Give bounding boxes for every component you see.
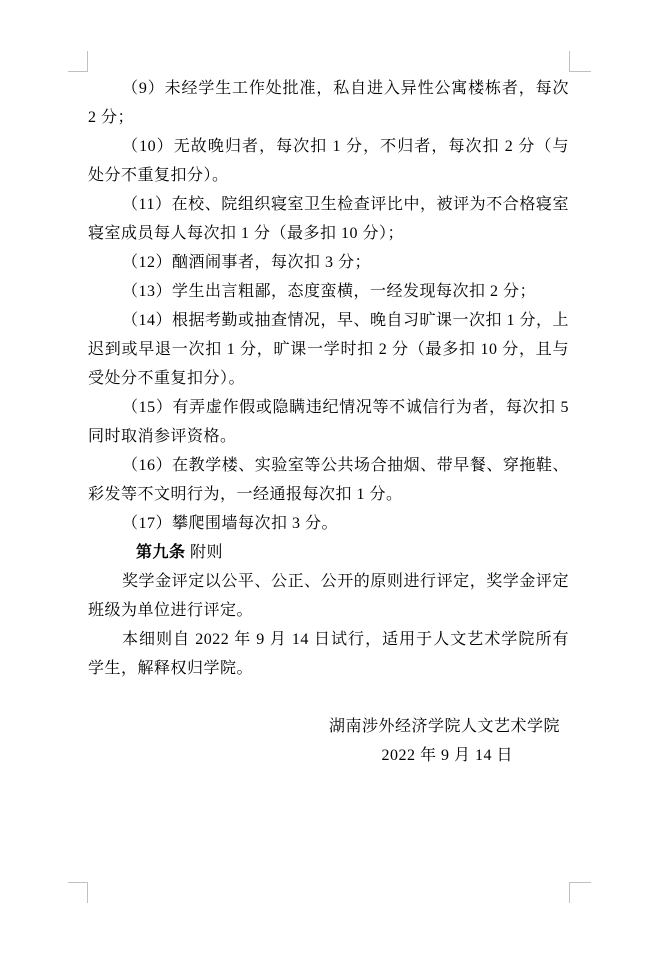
date-line: 2022 年 9 月 14 日	[88, 741, 569, 770]
principle-paragraph-line: 奖学金评定以公平、公正、公开的原则进行评定，奖学金评定以	[88, 567, 569, 596]
principle-paragraph-line: 班级为单位进行评定。	[88, 596, 569, 625]
text-boundary-mark-top-right	[569, 51, 591, 72]
effective-paragraph-line: 学生，解释权归学院。	[88, 654, 569, 683]
item-10-line: 处分不重复扣分）。	[88, 161, 569, 190]
item-14-line: 受处分不重复扣分）。	[88, 364, 569, 393]
article-9-heading-term: 第九条	[136, 544, 186, 561]
item-13-line: （13）学生出言粗鄙，态度蛮横，一经发现每次扣 2 分；	[88, 277, 569, 306]
item-9-line: （9）未经学生工作处批准，私自进入异性公寓楼栋者，每次扣	[88, 74, 569, 103]
item-12-line: （12）酗酒闹事者，每次扣 3 分；	[88, 248, 569, 277]
document-page: （9）未经学生工作处批准，私自进入异性公寓楼栋者，每次扣2 分；（10）无故晚归…	[0, 0, 667, 958]
article-9-heading-line: 第九条 附则	[88, 538, 569, 567]
item-16-line: 彩发等不文明行为，一经通报每次扣 1 分。	[88, 480, 569, 509]
item-15-line: （15）有弄虚作假或隐瞒违纪情况等不诚信行为者，每次扣 5 分，	[88, 393, 569, 422]
item-17-line: （17）攀爬围墙每次扣 3 分。	[88, 509, 569, 538]
item-15-line: 同时取消参评资格。	[88, 422, 569, 451]
effective-paragraph-line: 本细则自 2022 年 9 月 14 日试行，适用于人文艺术学院所有在籍	[88, 625, 569, 654]
signature-line: 湖南涉外经济学院人文艺术学院	[88, 712, 569, 741]
document-body: （9）未经学生工作处批准，私自进入异性公寓楼栋者，每次扣2 分；（10）无故晚归…	[88, 74, 569, 770]
text-boundary-mark-bottom-left	[68, 882, 88, 903]
item-14-line: （14）根据考勤或抽查情况，早、晚自习旷课一次扣 1 分，上课	[88, 306, 569, 335]
item-16-line: （16）在教学楼、实验室等公共场合抽烟、带早餐、穿拖鞋、染	[88, 451, 569, 480]
item-10-line: （10）无故晚归者，每次扣 1 分，不归者，每次扣 2 分（与所受	[88, 132, 569, 161]
text-boundary-mark-bottom-right	[569, 882, 591, 903]
text-boundary-mark-top-left	[68, 51, 88, 72]
item-11-line: （11）在校、院组织寝室卫生检查评比中，被评为不合格寝室者，	[88, 190, 569, 219]
item-9-line: 2 分；	[88, 103, 569, 132]
item-14-line: 迟到或早退一次扣 1 分，旷课一学时扣 2 分（最多扣 10 分，且与所	[88, 335, 569, 364]
item-11-line: 寝室成员每人每次扣 1 分（最多扣 10 分）；	[88, 219, 569, 248]
